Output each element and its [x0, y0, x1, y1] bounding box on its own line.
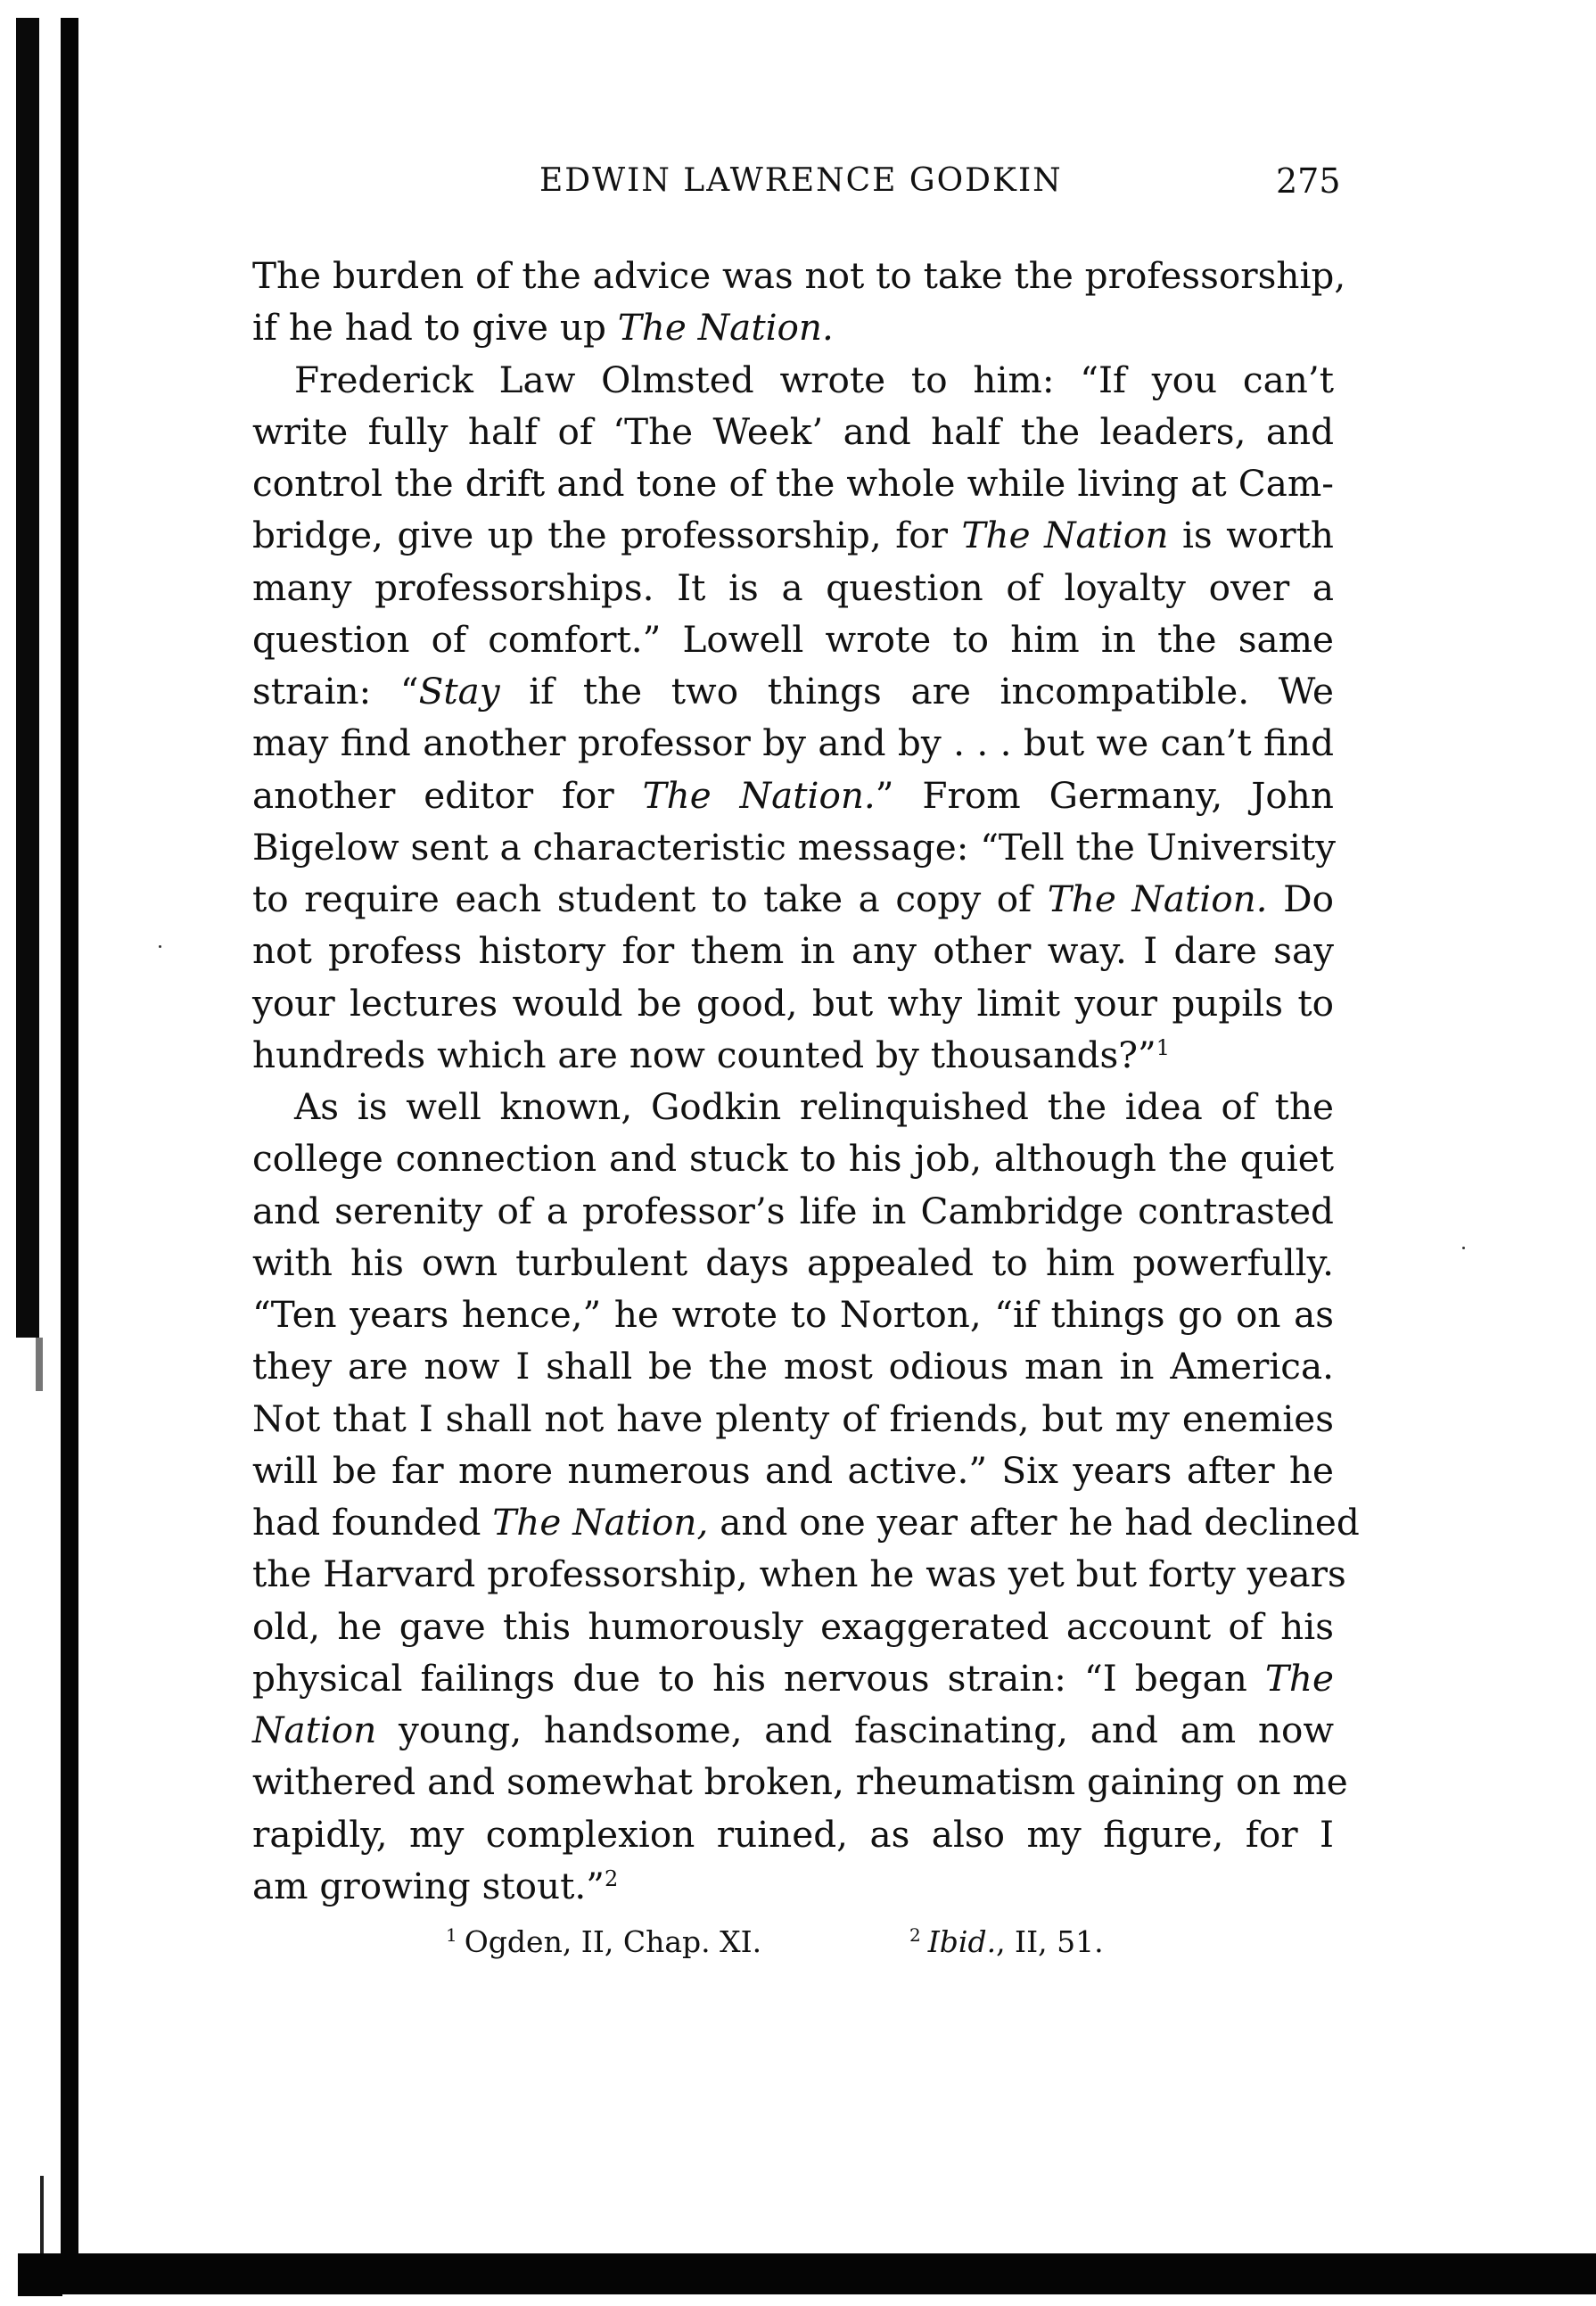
text-line: not profess history for them in any othe…	[252, 925, 1334, 976]
text-run: bridge, give up the professorship, for	[252, 514, 962, 556]
text-line: another editor for The Nation.” From Ger…	[252, 770, 1334, 821]
text-run: Bigelow sent a characteristic message: “…	[252, 826, 1336, 869]
italic-text: The Nation.	[1048, 877, 1268, 920]
text-line: many professorships. It is a question of…	[252, 562, 1334, 614]
footnote-text: , II, 51.	[996, 1924, 1104, 1959]
text-run: they are now I shall be the most odious …	[252, 1345, 1334, 1388]
text-line: if he had to give up The Nation.	[252, 301, 1334, 353]
text-run: Do	[1268, 877, 1334, 920]
text-line: will be far more numerous and active.” S…	[252, 1445, 1334, 1496]
text-line: old, he gave this humorously exaggerated…	[252, 1601, 1334, 1652]
text-line: physical failings due to his nervous str…	[252, 1652, 1334, 1704]
text-run: college connection and stuck to his job,…	[252, 1137, 1334, 1180]
text-line: Bigelow sent a characteristic message: “…	[252, 821, 1334, 873]
text-run: am growing stout.”	[252, 1865, 605, 1907]
dust-speck	[1462, 1247, 1465, 1249]
text-line: write fully half of ‘The Week’ and half …	[252, 406, 1334, 457]
text-run: many professorships. It is a question of…	[252, 566, 1334, 609]
text-line: rapidly, my complexion ruined, as also m…	[252, 1808, 1334, 1860]
text-line: they are now I shall be the most odious …	[252, 1340, 1334, 1392]
footnote-2: 2Ibid., II, 51.	[909, 1917, 1104, 1960]
text-line: with his own turbulent days appealed to …	[252, 1237, 1334, 1289]
text-line: Not that I shall not have plenty of frie…	[252, 1393, 1334, 1445]
text-run: and one year after he had declined	[708, 1501, 1359, 1544]
body-text: The burden of the advice was not to take…	[252, 250, 1334, 1912]
text-run: question of comfort.” Lowell wrote to hi…	[252, 618, 1334, 661]
dust-speck	[159, 945, 161, 948]
text-run: physical failings due to his nervous str…	[252, 1657, 1265, 1700]
text-line: The burden of the advice was not to take…	[252, 250, 1334, 301]
footnote-1: 1Ogden, II, Chap. XI.	[446, 1917, 761, 1960]
text-line: to require each student to take a copy o…	[252, 873, 1334, 925]
text-run: control the drift and tone of the whole …	[252, 462, 1334, 505]
text-line: As is well known, Godkin relinquished th…	[252, 1081, 1334, 1132]
binding-shadow-fade	[36, 1338, 43, 1391]
italic-text: Nation	[252, 1709, 376, 1751]
text-run: to require each student to take a copy o…	[252, 877, 1048, 920]
footnote-reference: 2	[605, 1866, 618, 1891]
text-run: had founded	[252, 1501, 492, 1544]
text-run: Not that I shall not have plenty of frie…	[252, 1397, 1334, 1440]
text-run: if he had to give up	[252, 306, 618, 349]
text-run: ” From Germany, John	[876, 774, 1334, 817]
page-number: 275	[1276, 159, 1341, 203]
text-line: bridge, give up the professorship, for T…	[252, 509, 1334, 561]
text-run: and serenity of a professor’s life in Ca…	[252, 1190, 1334, 1232]
text-line: the Harvard professorship, when he was y…	[252, 1548, 1334, 1600]
text-run: The burden of the advice was not to take…	[252, 254, 1345, 297]
binding-shadow-thin	[40, 2176, 44, 2256]
italic-text: The	[1265, 1657, 1334, 1700]
footnote-reference: 1	[1156, 1035, 1170, 1060]
text-run: write fully half of ‘The Week’ and half …	[252, 410, 1334, 453]
book-page: EDWIN LAWRENCE GODKIN 275 The burden of …	[0, 0, 1596, 2306]
text-line: Frederick Law Olmsted wrote to him: “If …	[252, 354, 1334, 406]
text-line: and serenity of a professor’s life in Ca…	[252, 1185, 1334, 1237]
italic-text: The Nation,	[492, 1501, 708, 1544]
italic-text: The Nation.	[618, 306, 834, 349]
text-run: may find another professor by and by . .…	[252, 721, 1334, 764]
text-run: the Harvard professorship, when he was y…	[252, 1552, 1346, 1595]
text-run: Frederick Law Olmsted wrote to him: “If …	[294, 358, 1334, 401]
footnote-text: Ibid.	[928, 1924, 996, 1959]
text-line: had founded The Nation, and one year aft…	[252, 1496, 1334, 1548]
text-run: hundreds which are now counted by thousa…	[252, 1034, 1156, 1076]
footnote-text: Ogden, II, Chap. XI.	[465, 1924, 761, 1959]
binding-shadow-inner	[61, 18, 78, 2256]
text-run: another editor for	[252, 774, 643, 817]
footnote-mark: 1	[446, 1924, 457, 1946]
scan-bottom-edge	[18, 2253, 1596, 2294]
text-line: control the drift and tone of the whole …	[252, 457, 1334, 509]
text-line: may find another professor by and by . .…	[252, 717, 1334, 769]
text-line: college connection and stuck to his job,…	[252, 1132, 1334, 1184]
text-run: “Ten years hence,” he wrote to Norton, “…	[252, 1293, 1334, 1336]
italic-text: The Nation	[962, 514, 1169, 556]
italic-text: The Nation.	[643, 774, 876, 817]
text-line: “Ten years hence,” he wrote to Norton, “…	[252, 1289, 1334, 1340]
text-run: withered and somewhat broken, rheumatism…	[252, 1760, 1348, 1803]
text-run: your lectures would be good, but why lim…	[252, 982, 1334, 1025]
text-run: As is well known, Godkin relinquished th…	[294, 1085, 1334, 1128]
text-line: Nation young, handsome, and fascinating,…	[252, 1704, 1334, 1756]
text-line: hundreds which are now counted by thousa…	[252, 1029, 1334, 1081]
text-run: rapidly, my complexion ruined, as also m…	[252, 1813, 1334, 1856]
text-run: old, he gave this humorously exaggerated…	[252, 1605, 1334, 1648]
text-line: am growing stout.”2	[252, 1860, 1334, 1912]
text-line: withered and somewhat broken, rheumatism…	[252, 1756, 1334, 1808]
running-head-title: EDWIN LAWRENCE GODKIN	[539, 159, 1063, 203]
text-line: your lectures would be good, but why lim…	[252, 977, 1334, 1029]
text-line: strain: “Stay if the two things are inco…	[252, 665, 1334, 717]
text-run: young, handsome, and fascinating, and am…	[376, 1709, 1334, 1751]
text-run: will be far more numerous and active.” S…	[252, 1449, 1334, 1492]
footnote-mark: 2	[909, 1924, 921, 1946]
text-run: is worth	[1168, 514, 1334, 556]
text-run: not profess history for them in any othe…	[252, 929, 1334, 972]
text-run: if the two things are incompatible. We	[500, 670, 1334, 712]
italic-text: Stay	[419, 670, 500, 712]
binding-shadow-outer	[16, 18, 39, 1338]
text-line: question of comfort.” Lowell wrote to hi…	[252, 614, 1334, 665]
scan-corner-curl	[18, 2269, 62, 2296]
text-run: with his own turbulent days appealed to …	[252, 1241, 1334, 1284]
text-run: strain: “	[252, 670, 419, 712]
